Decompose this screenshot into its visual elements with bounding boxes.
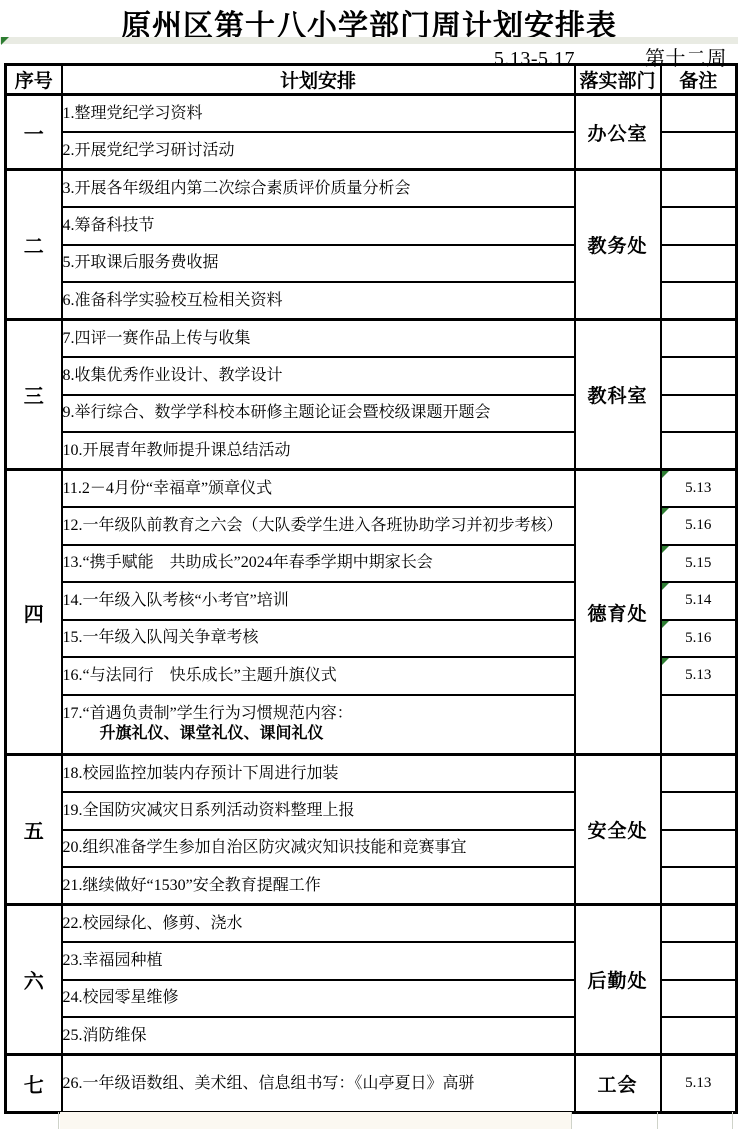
- plan-cell: 15.一年级入队闯关争章考核: [62, 620, 575, 658]
- table-row: 六22.校园绿化、修剪、浇水后勤处: [6, 905, 737, 943]
- plan-cell: 13.“携手赋能 共助成长”2024年春季学期中期家长会: [62, 545, 575, 583]
- department-cell: 办公室: [575, 95, 661, 170]
- remark-value: 5.13: [685, 480, 711, 496]
- remark-cell: 5.15: [661, 545, 737, 583]
- plan-cell: 23.幸福园种植: [62, 942, 575, 980]
- remark-cell: 5.16: [661, 620, 737, 658]
- faint-grid-line: [657, 1112, 658, 1129]
- remark-cell: [661, 357, 737, 395]
- faint-grid-line: [571, 1112, 572, 1129]
- department-cell: 教科室: [575, 320, 661, 470]
- weekly-plan-document: { "title": "原州区第十八小学部门周计划安排表", "subtitle…: [0, 0, 738, 1130]
- remark-cell: [661, 942, 737, 980]
- header-no: 序号: [6, 65, 62, 95]
- plan-cell: 17.“首遇负责制”学生行为习惯规范内容：升旗礼仪、课堂礼仪、课间礼仪: [62, 695, 575, 755]
- table-row: 七26.一年级语数组、美术组、信息组书写：《山亭夏日》高骈工会5.13: [6, 1055, 737, 1113]
- remark-value: 5.14: [685, 592, 711, 608]
- table-row: 五18.校园监控加装内存预计下周进行加装安全处: [6, 755, 737, 793]
- plan-cell: 1.整理党纪学习资料: [62, 95, 575, 133]
- remark-value: 5.13: [685, 667, 711, 683]
- header-plan: 计划安排: [62, 65, 575, 95]
- plan-cell: 14.一年级入队考核“小考官”培训: [62, 582, 575, 620]
- remark-cell: [661, 282, 737, 320]
- plan-cell: 26.一年级语数组、美术组、信息组书写：《山亭夏日》高骈: [62, 1055, 575, 1113]
- plan-cell: 2.开展党纪学习研讨活动: [62, 132, 575, 170]
- plan-cell: 10.开展青年教师提升课总结活动: [62, 432, 575, 470]
- remark-cell: [661, 95, 737, 133]
- section-number-cell: 五: [6, 755, 62, 905]
- table-row: 二3.开展各年级组内第二次综合素质评价质量分析会教务处: [6, 170, 737, 208]
- department-cell: 后勤处: [575, 905, 661, 1055]
- green-corner-triangle-icon: [662, 583, 669, 590]
- remark-value: 5.16: [685, 630, 711, 646]
- remark-cell: [661, 980, 737, 1018]
- green-corner-triangle-icon: [662, 658, 669, 665]
- department-cell: 工会: [575, 1055, 661, 1113]
- remark-cell: [661, 755, 737, 793]
- plan-text-emphasis: 升旗礼仪、课堂礼仪、课间礼仪: [63, 724, 574, 744]
- plan-text: 17.“首遇负责制”学生行为习惯规范内容：: [63, 704, 574, 724]
- green-corner-triangle-icon: [662, 471, 669, 478]
- green-corner-triangle-icon: [662, 508, 669, 515]
- section-number-cell: 四: [6, 470, 62, 755]
- table-row: 四11.2－4月份“幸福章”颁章仪式德育处5.13: [6, 470, 737, 508]
- remark-cell: [661, 695, 737, 755]
- plan-cell: 18.校园监控加装内存预计下周进行加装: [62, 755, 575, 793]
- plan-cell: 4.筹备科技节: [62, 207, 575, 245]
- section-number-cell: 七: [6, 1055, 62, 1113]
- remark-cell: [661, 1017, 737, 1055]
- remark-value: 5.16: [685, 517, 711, 533]
- plan-cell: 8.收集优秀作业设计、教学设计: [62, 357, 575, 395]
- plan-cell: 21.继续做好“1530”安全教育提醒工作: [62, 867, 575, 905]
- department-cell: 德育处: [575, 470, 661, 755]
- remark-cell: [661, 320, 737, 358]
- plan-cell: 9.举行综合、数学学科校本研修主题论证会暨校级课题开题会: [62, 395, 575, 433]
- plan-cell: 11.2－4月份“幸福章”颁章仪式: [62, 470, 575, 508]
- plan-cell: 22.校园绿化、修剪、浇水: [62, 905, 575, 943]
- remark-cell: [661, 170, 737, 208]
- plan-cell: 7.四评一赛作品上传与收集: [62, 320, 575, 358]
- remark-cell: 5.16: [661, 507, 737, 545]
- section-number-cell: 一: [6, 95, 62, 170]
- remark-value: 5.13: [685, 1075, 711, 1091]
- remark-cell: [661, 830, 737, 868]
- remark-cell: 5.13: [661, 1055, 737, 1113]
- remark-cell: [661, 432, 737, 470]
- plan-cell: 20.组织准备学生参加自治区防灾减灾知识技能和竞赛事宜: [62, 830, 575, 868]
- table-row: 三7.四评一赛作品上传与收集教科室: [6, 320, 737, 358]
- plan-cell: 6.准备科学实验校互检相关资料: [62, 282, 575, 320]
- remark-cell: [661, 905, 737, 943]
- faint-grid-line: [58, 1112, 59, 1129]
- plan-cell: 3.开展各年级组内第二次综合素质评价质量分析会: [62, 170, 575, 208]
- plan-cell: 25.消防维保: [62, 1017, 575, 1055]
- remark-value: 5.15: [685, 555, 711, 571]
- header-row: 序号 计划安排 落实部门 备注: [6, 65, 737, 95]
- remark-cell: 5.14: [661, 582, 737, 620]
- remark-cell: 5.13: [661, 657, 737, 695]
- remark-cell: [661, 245, 737, 283]
- remark-cell: [661, 792, 737, 830]
- remark-cell: [661, 207, 737, 245]
- faint-grid-line: [732, 1112, 733, 1129]
- department-cell: 教务处: [575, 170, 661, 320]
- remark-cell: [661, 867, 737, 905]
- header-remark: 备注: [661, 65, 737, 95]
- plan-cell: 12.一年级队前教育之六会（大队委学生进入各班协助学习并初步考核）: [62, 507, 575, 545]
- plan-cell: 19.全国防灾减灾日系列活动资料整理上报: [62, 792, 575, 830]
- green-corner-triangle-icon: [662, 621, 669, 628]
- remark-cell: 5.13: [661, 470, 737, 508]
- green-corner-triangle-icon: [662, 546, 669, 553]
- remark-cell: [661, 132, 737, 170]
- plan-cell: 16.“与法同行 快乐成长”主题升旗仪式: [62, 657, 575, 695]
- table-row: 一1.整理党纪学习资料办公室: [6, 95, 737, 133]
- plan-cell: 5.开取课后服务费收据: [62, 245, 575, 283]
- below-table-tint: [60, 1112, 571, 1129]
- section-number-cell: 六: [6, 905, 62, 1055]
- table-body: 一1.整理党纪学习资料办公室2.开展党纪学习研讨活动二3.开展各年级组内第二次综…: [6, 95, 737, 1113]
- plan-cell: 24.校园零星维修: [62, 980, 575, 1018]
- department-cell: 安全处: [575, 755, 661, 905]
- section-number-cell: 二: [6, 170, 62, 320]
- weekly-plan-table: 序号 计划安排 落实部门 备注 一1.整理党纪学习资料办公室2.开展党纪学习研讨…: [4, 63, 738, 1114]
- header-dept: 落实部门: [575, 65, 661, 95]
- section-number-cell: 三: [6, 320, 62, 470]
- remark-cell: [661, 395, 737, 433]
